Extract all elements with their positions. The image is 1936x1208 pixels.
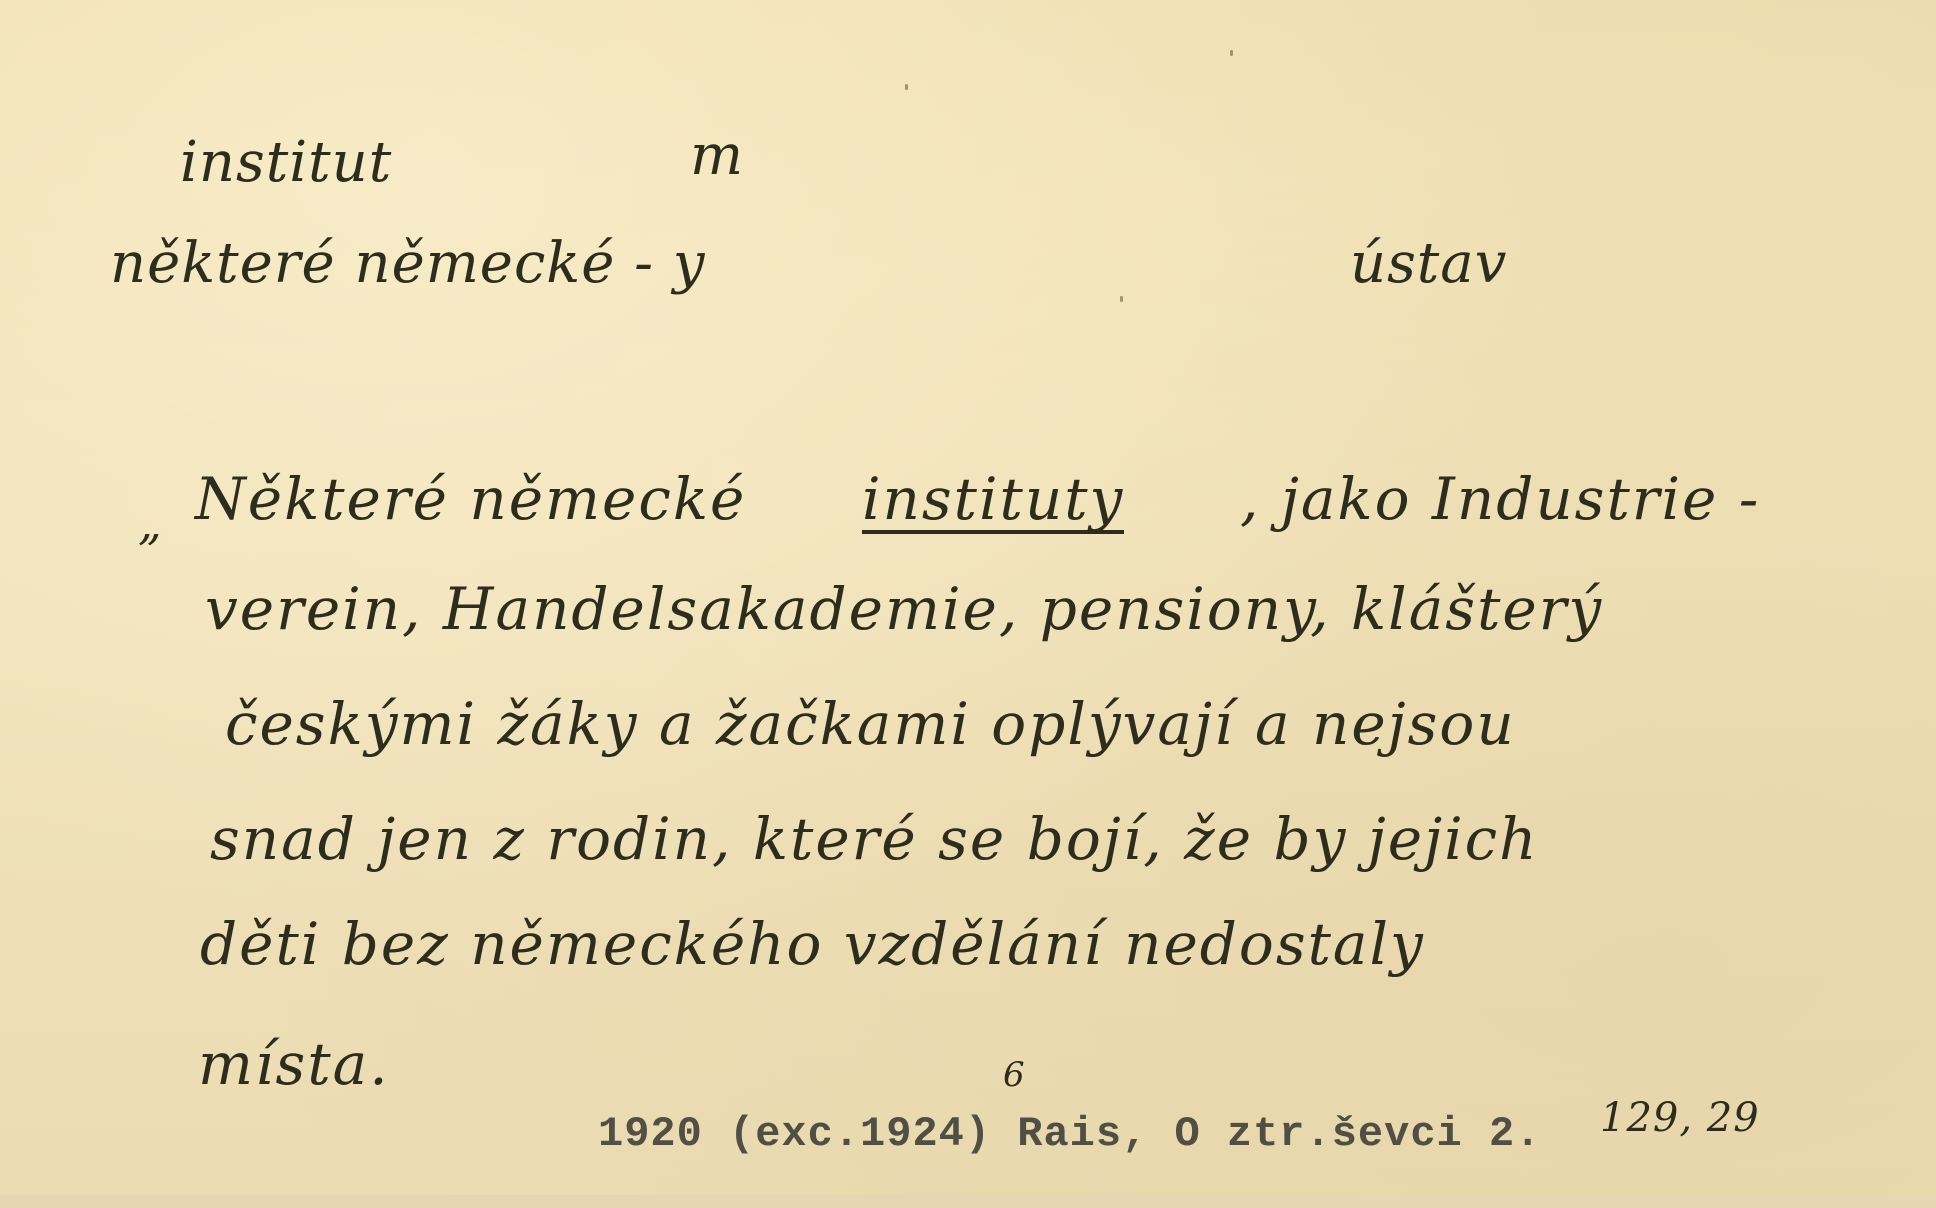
- quote-line-4: snad jen z rodin, které se bojí, že by j…: [210, 810, 1538, 868]
- card-bottom-edge: [0, 1195, 1936, 1208]
- page-reference: 129, 29: [1600, 1098, 1760, 1138]
- correction-mark: 6: [1003, 1058, 1026, 1092]
- quote-underlined-word: instituty: [862, 470, 1124, 534]
- index-card: institut m některé německé - y ústav „ N…: [0, 0, 1936, 1208]
- quote-line-3: českými žáky a žačkami oplývají a nejsou: [225, 695, 1516, 753]
- quote-line-2: verein, Handelsakademie, pensiony, klášt…: [205, 580, 1603, 638]
- synonym: ústav: [1350, 236, 1507, 292]
- source-citation: 1920 (exc.1924) Rais, O ztr.ševci 2.: [598, 1113, 1541, 1155]
- headword: institut: [180, 135, 392, 191]
- paper-speck: [905, 84, 908, 90]
- quote-line-6: místa.: [198, 1035, 390, 1093]
- quote-opening-mark: „: [138, 500, 164, 546]
- usage-note: některé německé - y: [110, 236, 706, 292]
- quote-line-5: děti bez německého vzdělání nedostaly: [200, 915, 1425, 973]
- paper-speck: [1120, 296, 1123, 302]
- gender-marker: m: [690, 128, 744, 184]
- quote-line-1b: , jako Industrie -: [1240, 470, 1760, 528]
- paper-speck: [1230, 50, 1233, 56]
- quote-line-1a: Některé německé: [195, 470, 746, 528]
